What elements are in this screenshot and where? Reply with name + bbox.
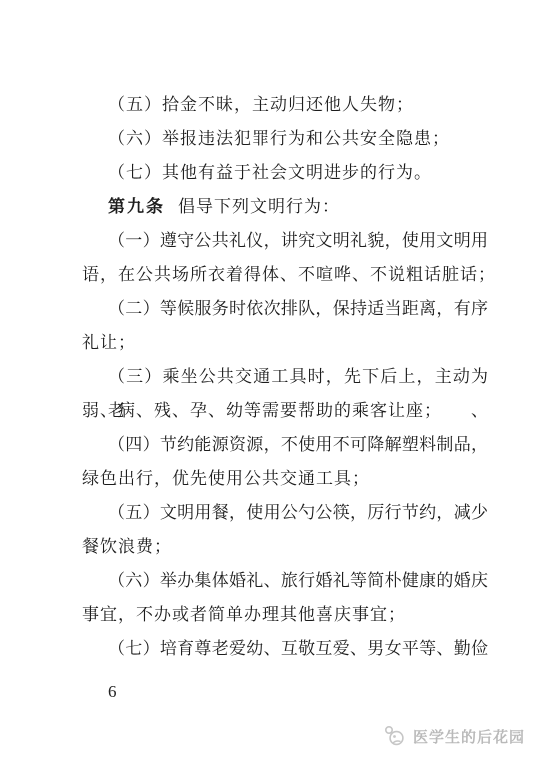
page-number: 6 — [108, 678, 117, 706]
text-line: （三）乘坐公共交通工具时，先下后上，主动为老、 — [82, 360, 488, 394]
text-line: 绿色出行，优先使用公共交通工具； — [82, 462, 488, 496]
text-line: （七）培育尊老爱幼、互敬互爱、男女平等、勤俭 — [82, 632, 488, 666]
article-number-label: 第九条 — [108, 197, 165, 216]
document-body: （五）拾金不昧，主动归还他人失物；（六）举报违法犯罪行为和公共安全隐患；（七）其… — [82, 88, 488, 666]
text-line: （五）拾金不昧，主动归还他人失物； — [82, 88, 488, 122]
text-line: 餐饮浪费； — [82, 530, 488, 564]
text-line: 事宜，不办或者简单办理其他喜庆事宜； — [82, 598, 488, 632]
text-line: （一）遵守公共礼仪，讲究文明礼貌，使用文明用 — [82, 224, 488, 258]
text-line: 语，在公共场所衣着得体、不喧哗、不说粗话脏话； — [82, 258, 488, 292]
document-page: （五）拾金不昧，主动归还他人失物；（六）举报违法犯罪行为和公共安全隐患；（七）其… — [0, 0, 538, 765]
text-line: 礼让； — [82, 326, 488, 360]
flower-logo-icon — [384, 724, 406, 748]
watermark: 医学生的后花园 — [384, 723, 525, 749]
text-line: （七）其他有益于社会文明进步的行为。 — [82, 156, 488, 190]
watermark-label: 医学生的后花园 — [413, 726, 525, 747]
text-line: 第九条倡导下列文明行为： — [82, 190, 488, 224]
text-line: （二）等候服务时依次排队，保持适当距离，有序 — [82, 292, 488, 326]
text-line: 弱、病、残、孕、幼等需要帮助的乘客让座； — [82, 394, 488, 428]
text-line: （四）节约能源资源，不使用不可降解塑料制品， — [82, 428, 488, 462]
text-line: （六）举报违法犯罪行为和公共安全隐患； — [82, 122, 488, 156]
text-line: （五）文明用餐，使用公勺公筷，厉行节约，减少 — [82, 496, 488, 530]
text-line: （六）举办集体婚礼、旅行婚礼等简朴健康的婚庆 — [82, 564, 488, 598]
